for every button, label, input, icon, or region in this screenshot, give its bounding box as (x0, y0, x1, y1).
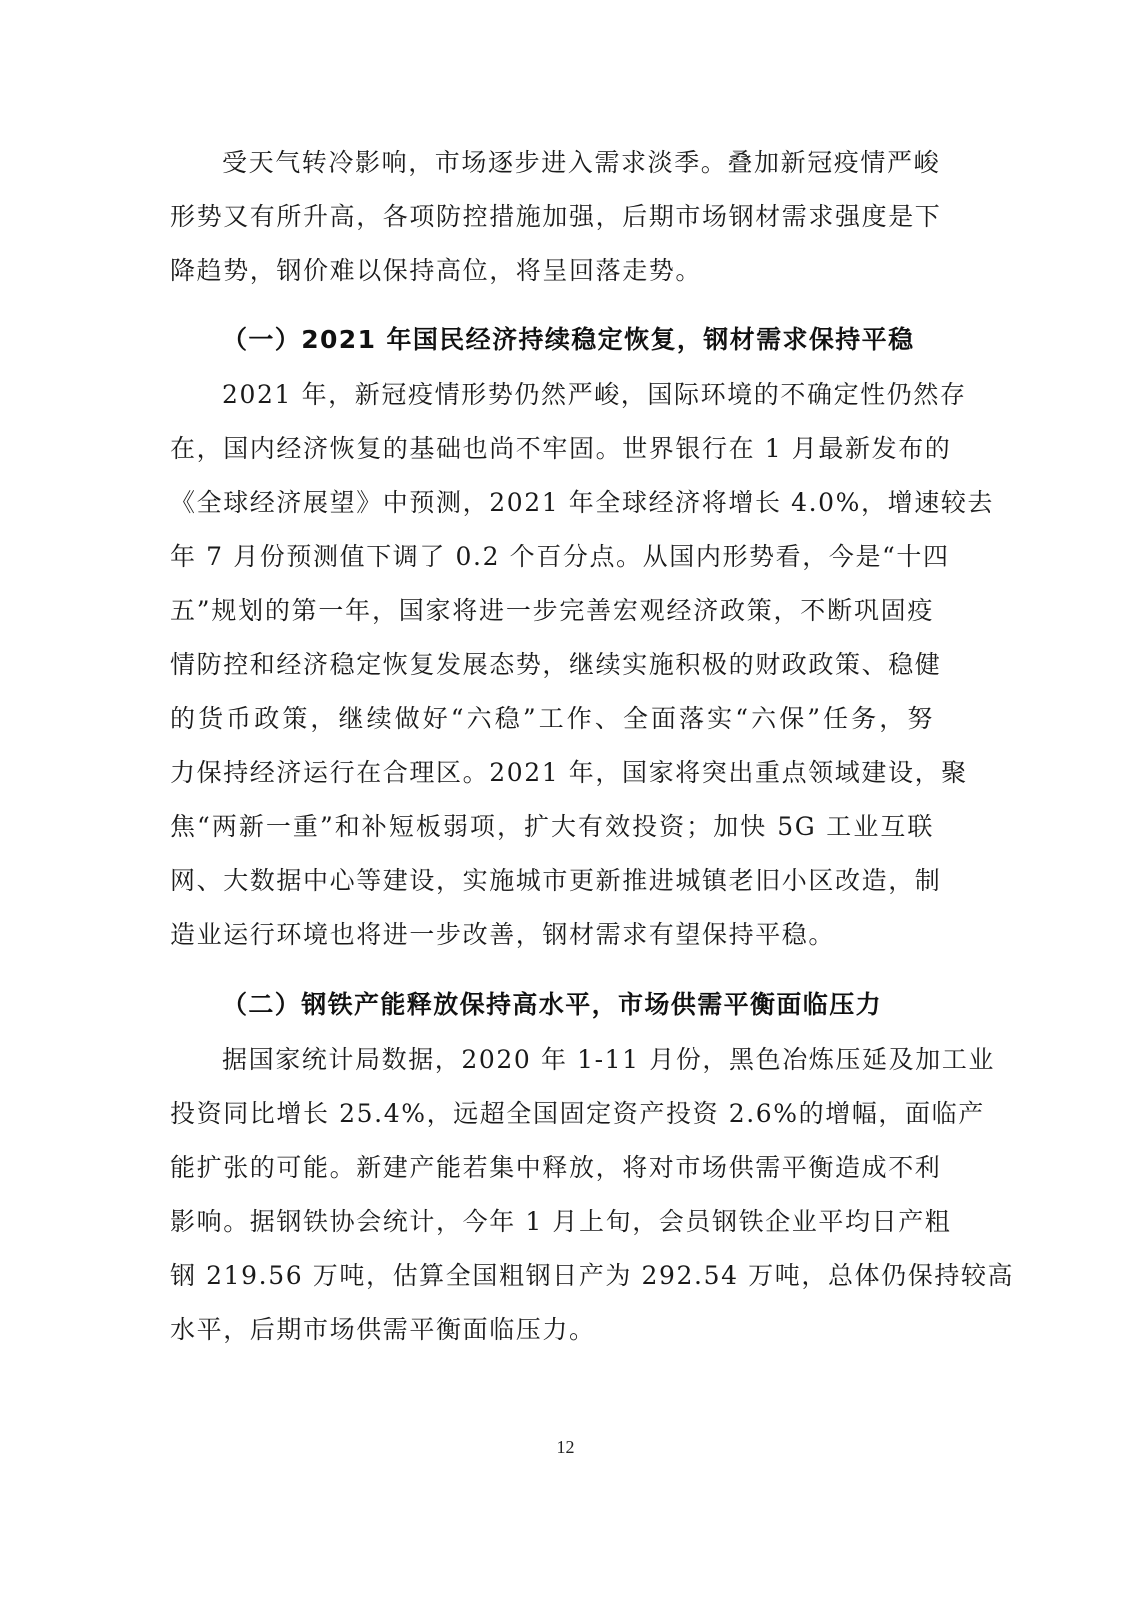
paragraph-1-line-3: 降趋势，钢价难以保持高位，将呈回落走势。 (170, 256, 934, 286)
paragraph-3-line-1: 据国家统计局数据，2020 年 1-11 月份，黑色冶炼压延及加工业 (222, 1045, 934, 1075)
paragraph-2-line-11: 造业运行环境也将进一步改善，钢材需求有望保持平稳。 (170, 920, 934, 950)
paragraph-2-line-5: 五”规划的第一年，国家将进一步完善宏观经济政策，不断巩固疫 (170, 596, 934, 626)
paragraph-2-line-6: 情防控和经济稳定恢复发展态势，继续实施积极的财政政策、稳健 (170, 650, 934, 680)
paragraph-2-line-1: 2021 年，新冠疫情形势仍然严峻，国际环境的不确定性仍然存 (222, 380, 934, 410)
document-page: 受天气转冷影响，市场逐步进入需求淡季。叠加新冠疫情严峻 形势又有所升高，各项防控… (0, 0, 1131, 1600)
paragraph-2-line-9: 焦“两新一重”和补短板弱项，扩大有效投资；加快 5G 工业互联 (170, 812, 934, 842)
paragraph-3-line-5: 钢 219.56 万吨，估算全国粗钢日产为 292.54 万吨，总体仍保持较高 (170, 1261, 934, 1291)
paragraph-2-line-10: 网、大数据中心等建设，实施城市更新推进城镇老旧小区改造，制 (170, 866, 934, 896)
paragraph-1-line-1: 受天气转冷影响，市场逐步进入需求淡季。叠加新冠疫情严峻 (222, 148, 934, 178)
paragraph-3-line-6: 水平，后期市场供需平衡面临压力。 (170, 1315, 934, 1345)
paragraph-2-line-4: 年 7 月份预测值下调了 0.2 个百分点。从国内形势看，今是“十四 (170, 542, 934, 572)
paragraph-2-line-7: 的货币政策，继续做好“六稳”工作、全面落实“六保”任务，努 (170, 704, 934, 734)
page-number: 12 (0, 1437, 1131, 1457)
section-heading-1: （一）2021 年国民经济持续稳定恢复，钢材需求保持平稳 (222, 325, 915, 355)
paragraph-2-line-2: 在，国内经济恢复的基础也尚不牢固。世界银行在 1 月最新发布的 (170, 434, 934, 464)
paragraph-3-line-2: 投资同比增长 25.4%，远超全国固定资产投资 2.6%的增幅，面临产 (170, 1099, 934, 1129)
section-heading-2: （二）钢铁产能释放保持高水平，市场供需平衡面临压力 (222, 990, 882, 1020)
paragraph-3-line-3: 能扩张的可能。新建产能若集中释放，将对市场供需平衡造成不利 (170, 1153, 934, 1183)
paragraph-2-line-3: 《全球经济展望》中预测，2021 年全球经济将增长 4.0%，增速较去 (170, 488, 934, 518)
paragraph-2-line-8: 力保持经济运行在合理区。2021 年，国家将突出重点领域建设，聚 (170, 758, 934, 788)
paragraph-3-line-4: 影响。据钢铁协会统计，今年 1 月上旬，会员钢铁企业平均日产粗 (170, 1207, 934, 1237)
paragraph-1-line-2: 形势又有所升高，各项防控措施加强，后期市场钢材需求强度是下 (170, 202, 934, 232)
